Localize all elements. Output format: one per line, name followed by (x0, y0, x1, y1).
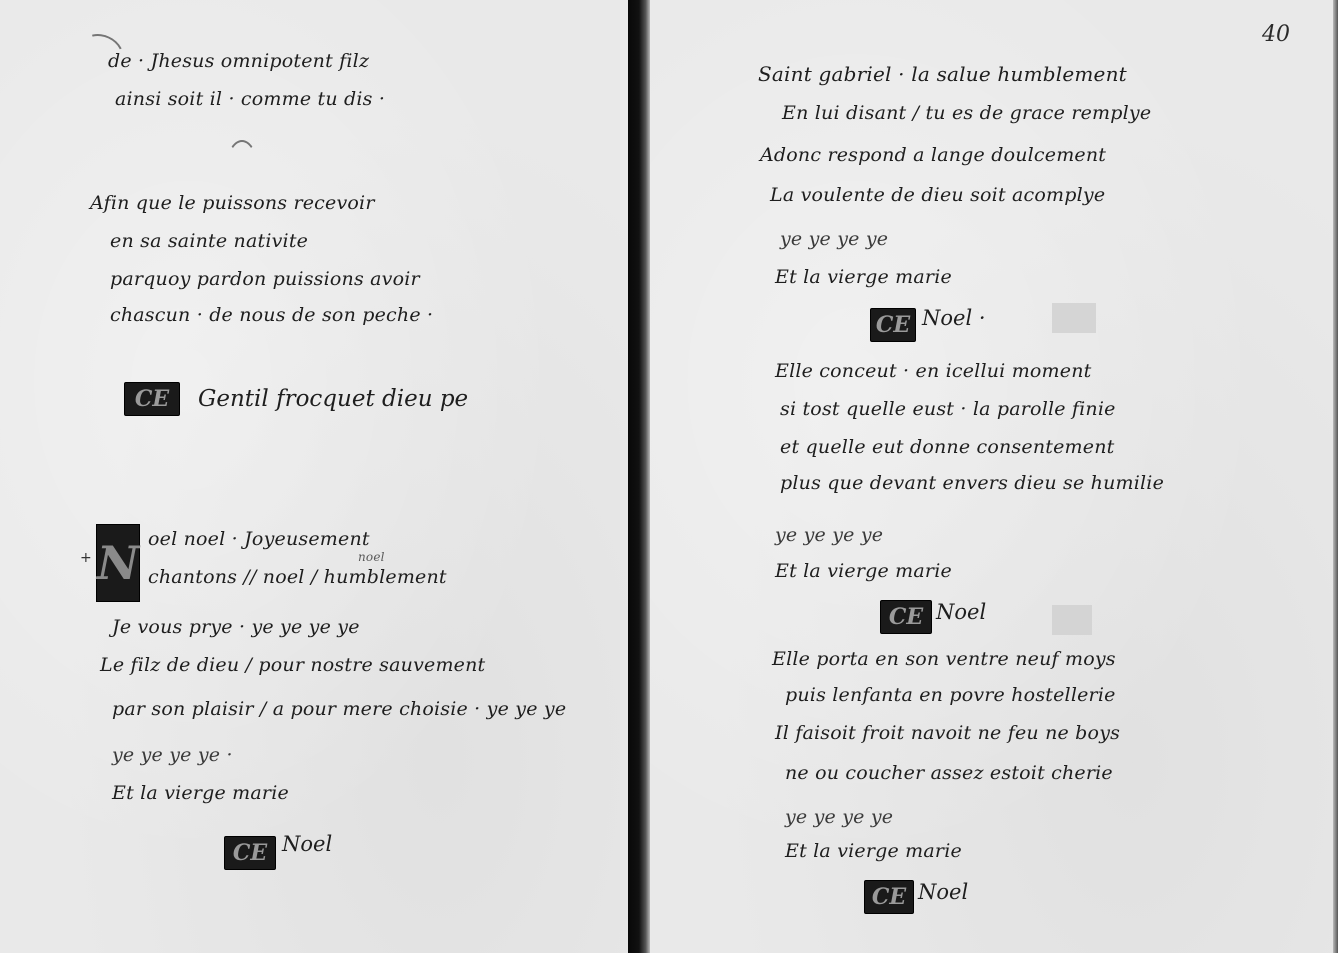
cue-line: Noel (918, 880, 968, 904)
cue-line: Noel (936, 600, 986, 624)
decorated-initial: CE (870, 308, 916, 342)
decorated-initial-large: N (96, 524, 140, 602)
cue-line: Noel · (922, 306, 986, 330)
refrain-line: ye ye ye ye (775, 524, 883, 546)
text-line: en sa sainte nativite (110, 230, 308, 252)
paper-stain (1052, 303, 1096, 333)
text-line: chantons // noel / humblement (148, 566, 447, 588)
cue-line: Gentil frocquet dieu pe (198, 386, 468, 412)
text-line: Elle porta en son ventre neuf moys (772, 648, 1116, 670)
margin-mark: + (80, 550, 92, 566)
refrain-line: ye ye ye ye · (112, 744, 233, 766)
text-line: En lui disant / tu es de grace remplye (782, 102, 1151, 124)
interlinear-insert: noel (358, 550, 385, 564)
folio-number: 40 (1262, 22, 1290, 47)
text-line: ne ou coucher assez estoit cherie (785, 762, 1113, 784)
text-line: si tost quelle eust · la parolle finie (780, 398, 1116, 420)
text-line: Je vous prye · ye ye ye ye (112, 616, 360, 638)
refrain-line: Et la vierge marie (775, 560, 952, 582)
text-line: La voulente de dieu soit acomplye (770, 184, 1105, 206)
refrain-line: Et la vierge marie (112, 782, 289, 804)
text-line: chascun · de nous de son peche · (110, 304, 433, 326)
decorated-initial: CE (864, 880, 914, 914)
manuscript-spread: de · Jhesus omnipotent filz ainsi soit i… (0, 0, 1338, 953)
text-line: plus que devant envers dieu se humilie (780, 472, 1164, 494)
book-gutter (628, 0, 650, 953)
text-line: ainsi soit il · comme tu dis · (115, 88, 385, 110)
left-page: de · Jhesus omnipotent filz ainsi soit i… (0, 0, 628, 953)
refrain-line: Et la vierge marie (775, 266, 952, 288)
decorated-initial: CE (224, 836, 276, 870)
cue-line: Noel (282, 832, 332, 856)
text-line: puis lenfanta en povre hostellerie (785, 684, 1116, 706)
refrain-line: ye ye ye ye (780, 228, 888, 250)
text-line: et quelle eut donne consentement (780, 436, 1114, 458)
text-line: parquoy pardon puissions avoir (110, 268, 420, 290)
paper-stain (1052, 605, 1092, 635)
text-line: de · Jhesus omnipotent filz (108, 50, 369, 72)
refrain-line: Et la vierge marie (785, 840, 962, 862)
decorated-initial: CE (124, 382, 180, 416)
decorated-initial: CE (880, 600, 932, 634)
text-line: Afin que le puissons recevoir (90, 192, 375, 214)
text-line: Il faisoit froit navoit ne feu ne boys (775, 722, 1120, 744)
text-line: Le filz de dieu / pour nostre sauvement (100, 654, 485, 676)
text-line: Elle conceut · en icellui moment (775, 360, 1091, 382)
refrain-line: ye ye ye ye (785, 806, 893, 828)
page-edge (1333, 0, 1338, 953)
text-line: oel noel · Joyeusement (148, 528, 370, 550)
right-page: 40 Saint gabriel · la salue humblement E… (650, 0, 1338, 953)
text-line: Adonc respond a lange doulcement (760, 144, 1106, 166)
text-line: Saint gabriel · la salue humblement (758, 62, 1127, 86)
text-line: par son plaisir / a pour mere choisie · … (112, 698, 566, 720)
